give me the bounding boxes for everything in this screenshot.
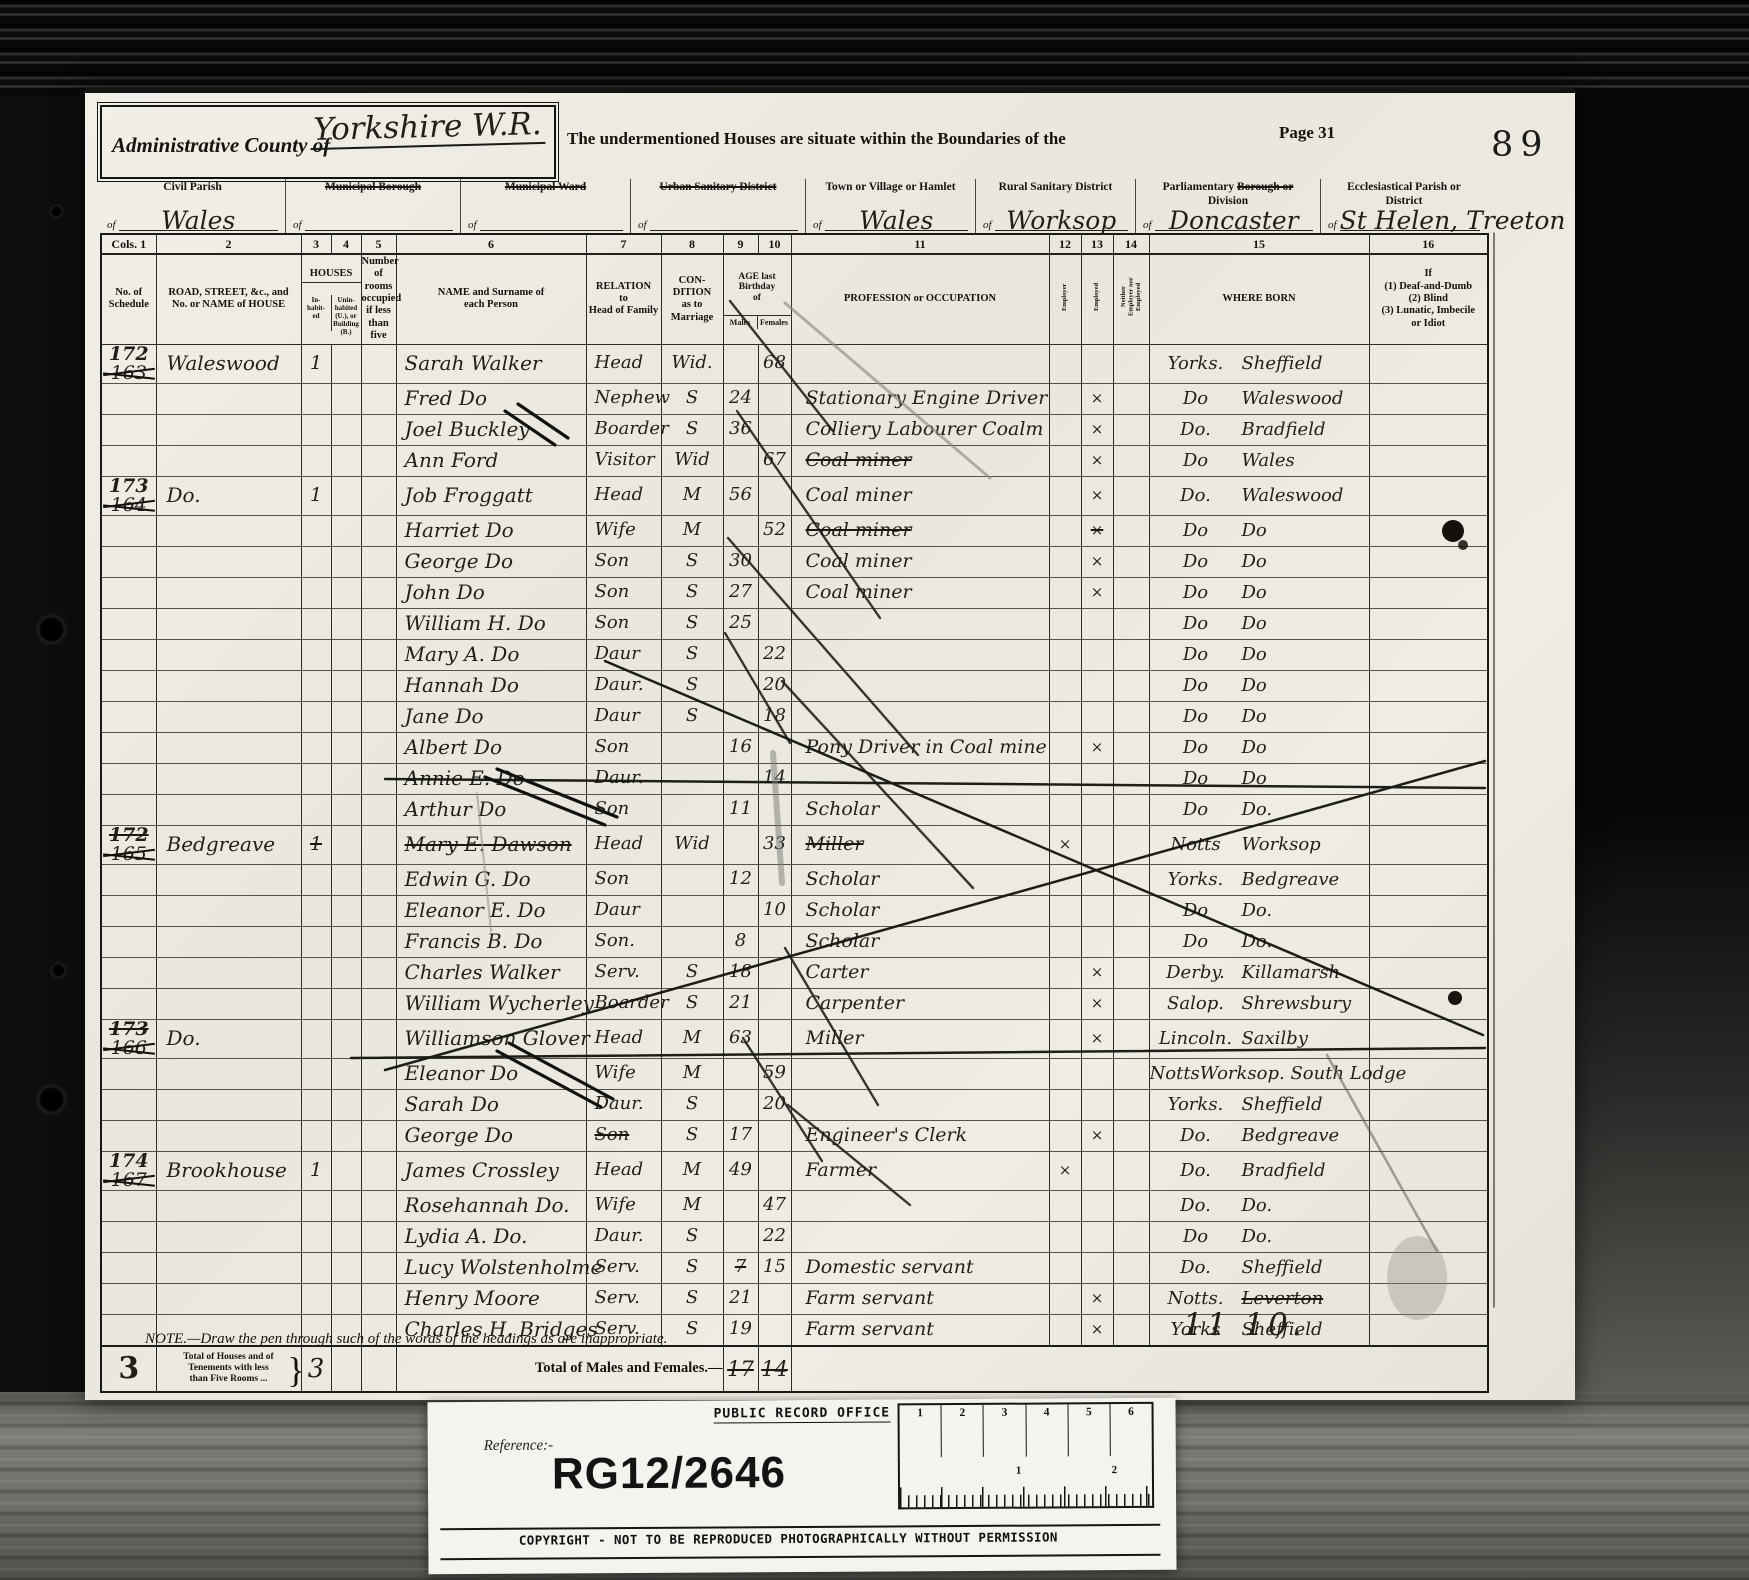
cell-condition: S bbox=[661, 1283, 723, 1314]
cell-employer-mark bbox=[1049, 577, 1081, 608]
cell-relation: Son bbox=[586, 546, 661, 577]
person-row: Annie E. Do Daur. 14 Do Do bbox=[101, 763, 1488, 794]
cell-where-born: Salop. Shrewsbury bbox=[1149, 988, 1369, 1019]
cell-employed-mark: × bbox=[1081, 383, 1113, 414]
cell-employer-mark bbox=[1049, 1190, 1081, 1221]
colnum: Cols. 1 bbox=[101, 234, 156, 254]
cell-age-female bbox=[758, 988, 791, 1019]
cell-where-born: Do Do bbox=[1149, 546, 1369, 577]
cell-relation: Son bbox=[586, 794, 661, 825]
person-row: Rosehannah Do. Wife M 47 Do. Do. bbox=[101, 1190, 1488, 1221]
column-labels-row: No. of Schedule ROAD, STREET, &c., and N… bbox=[101, 254, 1488, 344]
cell-uninhabited bbox=[331, 864, 361, 895]
cell-age-male bbox=[723, 1190, 758, 1221]
cell-occupation: Coal miner bbox=[791, 445, 1049, 476]
stamp-rule bbox=[440, 1554, 1160, 1560]
pro-reference-label: Reference:- bbox=[484, 1438, 553, 1455]
cell-occupation bbox=[791, 701, 1049, 732]
pro-office-title: PUBLIC RECORD OFFICE bbox=[714, 1405, 891, 1423]
cell-uninhabited bbox=[331, 701, 361, 732]
cell-name: Hannah Do bbox=[396, 670, 586, 701]
cell-relation: Son bbox=[586, 864, 661, 895]
cell-neither-mark bbox=[1113, 732, 1149, 763]
cell-relation: Daur bbox=[586, 701, 661, 732]
colnum: 4 bbox=[331, 234, 361, 254]
cell-age-male: 21 bbox=[723, 1283, 758, 1314]
cell-occupation: Carter bbox=[791, 957, 1049, 988]
cell-inhabited bbox=[301, 895, 331, 926]
cell-employer-mark bbox=[1049, 926, 1081, 957]
cell-name: Joel Buckley bbox=[396, 414, 586, 445]
cell-age-female bbox=[758, 926, 791, 957]
cell-inhabited: 1 bbox=[301, 476, 331, 515]
person-row: Hannah Do Daur. S 20 Do Do bbox=[101, 670, 1488, 701]
cell-uninhabited bbox=[331, 383, 361, 414]
cell-age-male bbox=[723, 895, 758, 926]
cell-inhabited bbox=[301, 1190, 331, 1221]
cell-road bbox=[156, 515, 301, 546]
cell-road bbox=[156, 895, 301, 926]
cell-age-female bbox=[758, 383, 791, 414]
cell-inhabited bbox=[301, 515, 331, 546]
cell-name: Harriet Do bbox=[396, 515, 586, 546]
cell-age-male bbox=[723, 701, 758, 732]
cell-name: George Do bbox=[396, 546, 586, 577]
footer-note: NOTE.—Draw the pen through such of the w… bbox=[145, 1331, 667, 1348]
cell-where-born: Do Do bbox=[1149, 608, 1369, 639]
cell-schedule bbox=[101, 577, 156, 608]
cell-condition: M bbox=[661, 476, 723, 515]
cell-occupation: Coal miner bbox=[791, 515, 1049, 546]
cell-infirmity bbox=[1369, 1019, 1488, 1058]
cell-where-born: Notts Worksop bbox=[1149, 825, 1369, 864]
cell-employed-mark bbox=[1081, 763, 1113, 794]
cell-employed-mark bbox=[1081, 1190, 1113, 1221]
cell-schedule bbox=[101, 639, 156, 670]
cell-road bbox=[156, 1190, 301, 1221]
cell-infirmity bbox=[1369, 1151, 1488, 1190]
ruler-number: 5 bbox=[1067, 1404, 1110, 1458]
cell-infirmity bbox=[1369, 515, 1488, 546]
cell-age-female: 67 bbox=[758, 445, 791, 476]
ruler-number: 3 bbox=[983, 1405, 1026, 1459]
cell-uninhabited bbox=[331, 608, 361, 639]
cell-age-male: 63 bbox=[723, 1019, 758, 1058]
cell-road bbox=[156, 794, 301, 825]
header-condition: CON- DITION as to Marriage bbox=[661, 254, 723, 344]
cell-uninhabited bbox=[331, 639, 361, 670]
header-inhabited: In- habit- ed bbox=[302, 295, 331, 331]
cell-employed-mark: × bbox=[1081, 1019, 1113, 1058]
cell-condition: S bbox=[661, 1252, 723, 1283]
cell-where-born: Do Do bbox=[1149, 515, 1369, 546]
person-row: Ann Ford Visitor Wid 67 Coal miner × Do … bbox=[101, 445, 1488, 476]
cell-inhabited bbox=[301, 763, 331, 794]
cell-road bbox=[156, 763, 301, 794]
cell-where-born: Do Waleswood bbox=[1149, 383, 1369, 414]
cell-age-female: 14 bbox=[758, 763, 791, 794]
colnum: 12 bbox=[1049, 234, 1081, 254]
cell-where-born: Do Do bbox=[1149, 639, 1369, 670]
cell-road bbox=[156, 701, 301, 732]
cell-employer-mark bbox=[1049, 1283, 1081, 1314]
cell-schedule bbox=[101, 414, 156, 445]
person-row: Francis B. Do Son. 8 Scholar Do Do. bbox=[101, 926, 1488, 957]
ruler-number: 1 bbox=[1016, 1465, 1022, 1477]
cell-relation: Daur bbox=[586, 639, 661, 670]
cell-neither-mark bbox=[1113, 864, 1149, 895]
cell-neither-mark bbox=[1113, 639, 1149, 670]
total-houses-value: 3 bbox=[301, 1346, 331, 1392]
cell-relation: Son bbox=[586, 608, 661, 639]
colnum: 15 bbox=[1149, 234, 1369, 254]
cell-employed-mark bbox=[1081, 1058, 1113, 1089]
cell-name: Arthur Do bbox=[396, 794, 586, 825]
cell-infirmity bbox=[1369, 445, 1488, 476]
admin-county-box: Administrative County of Yorkshire W.R. bbox=[100, 105, 556, 179]
cell-rooms bbox=[361, 670, 396, 701]
cell-name: Rosehannah Do. bbox=[396, 1190, 586, 1221]
cell-rooms bbox=[361, 957, 396, 988]
cell-inhabited bbox=[301, 546, 331, 577]
cell-age-male: 17 bbox=[723, 1120, 758, 1151]
cell-employed-mark bbox=[1081, 895, 1113, 926]
cell-name: James Crossley bbox=[396, 1151, 586, 1190]
cell-age-female bbox=[758, 957, 791, 988]
cell-where-born: Do Do bbox=[1149, 577, 1369, 608]
cell-schedule bbox=[101, 1252, 156, 1283]
cell-uninhabited bbox=[331, 957, 361, 988]
cell-age-female bbox=[758, 1019, 791, 1058]
cell-neither-mark bbox=[1113, 476, 1149, 515]
cell-employer-mark bbox=[1049, 1120, 1081, 1151]
cell-condition: S bbox=[661, 546, 723, 577]
cell-inhabited bbox=[301, 701, 331, 732]
cell-inhabited: 1 bbox=[301, 1151, 331, 1190]
cell-age-male: 49 bbox=[723, 1151, 758, 1190]
cell-age-male bbox=[723, 1089, 758, 1120]
cell-road bbox=[156, 1120, 301, 1151]
cell-age-male: 7 bbox=[723, 1252, 758, 1283]
cell-road bbox=[156, 670, 301, 701]
cell-rooms bbox=[361, 794, 396, 825]
cell-inhabited bbox=[301, 639, 331, 670]
cell-relation: Wife bbox=[586, 1190, 661, 1221]
cell-name: Charles Walker bbox=[396, 957, 586, 988]
hole-punch bbox=[38, 1086, 65, 1113]
cell-where-born: Lincoln. Saxilby bbox=[1149, 1019, 1369, 1058]
cell-inhabited bbox=[301, 608, 331, 639]
cell-uninhabited bbox=[331, 895, 361, 926]
cell-neither-mark bbox=[1113, 1283, 1149, 1314]
cell-schedule: 172 163 bbox=[101, 344, 156, 383]
cell-occupation: Coal miner bbox=[791, 476, 1049, 515]
cell-age-female: 68 bbox=[758, 344, 791, 383]
cell-occupation: Pony Driver in Coal mine bbox=[791, 732, 1049, 763]
person-row: Albert Do Son 16 Pony Driver in Coal min… bbox=[101, 732, 1488, 763]
cell-employer-mark bbox=[1049, 895, 1081, 926]
cell-condition: S bbox=[661, 701, 723, 732]
cell-neither-mark bbox=[1113, 1221, 1149, 1252]
cell-schedule bbox=[101, 515, 156, 546]
cell-rooms bbox=[361, 763, 396, 794]
cell-infirmity bbox=[1369, 988, 1488, 1019]
cell-neither-mark bbox=[1113, 1314, 1149, 1346]
cell-schedule bbox=[101, 1221, 156, 1252]
cell-inhabited bbox=[301, 794, 331, 825]
cell-occupation: Farm servant bbox=[791, 1283, 1049, 1314]
cell-relation: Son. bbox=[586, 926, 661, 957]
cell-inhabited bbox=[301, 732, 331, 763]
cell-neither-mark bbox=[1113, 1190, 1149, 1221]
census-table: Cols. 1 2 3 4 5 6 7 8 9 10 11 12 13 14 1… bbox=[100, 233, 1489, 1393]
cell-employer-mark bbox=[1049, 864, 1081, 895]
cell-name: Edwin G. Do bbox=[396, 864, 586, 895]
cell-relation: Son bbox=[586, 732, 661, 763]
cell-condition: Wid bbox=[661, 825, 723, 864]
cell-occupation: Scholar bbox=[791, 895, 1049, 926]
cell-infirmity bbox=[1369, 926, 1488, 957]
person-row: Edwin G. Do Son 12 Scholar Yorks. Bedgre… bbox=[101, 864, 1488, 895]
cell-employed-mark: × bbox=[1081, 414, 1113, 445]
cell-age-male bbox=[723, 1058, 758, 1089]
cell-employed-mark: × bbox=[1081, 988, 1113, 1019]
cell-age-female bbox=[758, 1283, 791, 1314]
cell-inhabited bbox=[301, 1283, 331, 1314]
header-houses-label: HOUSES bbox=[302, 267, 361, 282]
hole-punch bbox=[52, 964, 65, 977]
cell-rooms bbox=[361, 1058, 396, 1089]
ruler-number: 6 bbox=[1109, 1404, 1152, 1458]
cell-age-male: 25 bbox=[723, 608, 758, 639]
cell-age-female: 47 bbox=[758, 1190, 791, 1221]
cell-employed-mark bbox=[1081, 344, 1113, 383]
cell-where-born: Yorks. Sheffield bbox=[1149, 344, 1369, 383]
cell-schedule bbox=[101, 445, 156, 476]
cell-name: Ann Ford bbox=[396, 445, 586, 476]
total-schedules: 3 bbox=[101, 1346, 156, 1392]
cell-where-born: Do. Sheffield bbox=[1149, 1252, 1369, 1283]
cell-neither-mark bbox=[1113, 988, 1149, 1019]
cell-rooms bbox=[361, 988, 396, 1019]
cell-relation: Head bbox=[586, 825, 661, 864]
cell-relation: Serv. bbox=[586, 957, 661, 988]
header-relation: RELATION to Head of Family bbox=[586, 254, 661, 344]
cell-rooms bbox=[361, 344, 396, 383]
cell-age-female bbox=[758, 864, 791, 895]
cell-condition bbox=[661, 763, 723, 794]
cell-schedule bbox=[101, 546, 156, 577]
cell-schedule bbox=[101, 864, 156, 895]
cell-rooms bbox=[361, 577, 396, 608]
cell-uninhabited bbox=[331, 476, 361, 515]
cell-age-male: 19 bbox=[723, 1314, 758, 1346]
cell-road bbox=[156, 608, 301, 639]
cell-relation: Daur. bbox=[586, 670, 661, 701]
cell-age-male: 11 bbox=[723, 794, 758, 825]
district-fields: Civil ParishofWalesMunicipal BoroughofMu… bbox=[100, 179, 1487, 233]
cell-employed-mark bbox=[1081, 639, 1113, 670]
cell-uninhabited bbox=[331, 1283, 361, 1314]
cell-rooms bbox=[361, 895, 396, 926]
cell-where-born: Do Do. bbox=[1149, 926, 1369, 957]
cell-neither-mark bbox=[1113, 926, 1149, 957]
cell-age-male bbox=[723, 515, 758, 546]
person-row: Lydia A. Do. Daur. S 22 Do Do. bbox=[101, 1221, 1488, 1252]
cell-age-female: 20 bbox=[758, 1089, 791, 1120]
cell-uninhabited bbox=[331, 1058, 361, 1089]
scan-right-edge bbox=[1575, 90, 1749, 1392]
person-row: Lucy Wolstenholme Serv. S 7 15 Domestic … bbox=[101, 1252, 1488, 1283]
ruler-number: 2 bbox=[941, 1405, 984, 1459]
colnum: 3 bbox=[301, 234, 331, 254]
cell-inhabited bbox=[301, 577, 331, 608]
cell-occupation: Miller bbox=[791, 1019, 1049, 1058]
cell-infirmity bbox=[1369, 1221, 1488, 1252]
cell-relation: Boarder bbox=[586, 414, 661, 445]
cell-occupation: Coal miner bbox=[791, 577, 1049, 608]
page-number: Page 31 bbox=[1279, 123, 1335, 143]
cell-relation: Nephew bbox=[586, 383, 661, 414]
cell-condition: M bbox=[661, 1151, 723, 1190]
hole-punch bbox=[51, 206, 62, 217]
cell-employer-mark bbox=[1049, 1252, 1081, 1283]
cell-occupation bbox=[791, 1190, 1049, 1221]
cell-uninhabited bbox=[331, 988, 361, 1019]
cell-occupation: Farm servant bbox=[791, 1314, 1049, 1346]
cell-uninhabited bbox=[331, 732, 361, 763]
cell-where-born: Do. Do. bbox=[1149, 1190, 1369, 1221]
cell-where-born: Do. Waleswood bbox=[1149, 476, 1369, 515]
cell-age-female: 15 bbox=[758, 1252, 791, 1283]
header-age-label: AGE last Birthday of bbox=[724, 270, 791, 303]
cell-schedule bbox=[101, 763, 156, 794]
cell-schedule: 172 165 bbox=[101, 825, 156, 864]
person-row: William H. Do Son S 25 Do Do bbox=[101, 608, 1488, 639]
cell-occupation bbox=[791, 1221, 1049, 1252]
cell-employed-mark: × bbox=[1081, 546, 1113, 577]
total-males: 17 bbox=[723, 1346, 758, 1392]
cell-name: Mary A. Do bbox=[396, 639, 586, 670]
cell-age-male: 21 bbox=[723, 988, 758, 1019]
person-row: Harriet Do Wife M 52 Coal miner × Do Do bbox=[101, 515, 1488, 546]
cell-age-male: 24 bbox=[723, 383, 758, 414]
cell-condition: M bbox=[661, 515, 723, 546]
cell-age-male: 30 bbox=[723, 546, 758, 577]
cell-name: Sarah Do bbox=[396, 1089, 586, 1120]
cell-neither-mark bbox=[1113, 577, 1149, 608]
cell-age-male bbox=[723, 1221, 758, 1252]
cell-road bbox=[156, 445, 301, 476]
cell-name: William Wycherley bbox=[396, 988, 586, 1019]
cell-road bbox=[156, 414, 301, 445]
cell-employed-mark: × bbox=[1081, 1120, 1113, 1151]
header-profession: PROFESSION or OCCUPATION bbox=[791, 254, 1049, 344]
cell-employer-mark bbox=[1049, 1221, 1081, 1252]
totals-row: 3 Total of Houses and of Tenements with … bbox=[101, 1346, 1488, 1392]
cell-infirmity bbox=[1369, 414, 1488, 445]
cell-rooms bbox=[361, 701, 396, 732]
cell-where-born: Do. Bradfield bbox=[1149, 1151, 1369, 1190]
cell-neither-mark bbox=[1113, 344, 1149, 383]
cell-infirmity bbox=[1369, 1120, 1488, 1151]
census-page: Administrative County of Yorkshire W.R. … bbox=[85, 88, 1575, 1400]
cell-age-female bbox=[758, 414, 791, 445]
cell-name: Eleanor Do bbox=[396, 1058, 586, 1089]
district-field: Urban Sanitary Districtof bbox=[630, 179, 805, 233]
cell-inhabited bbox=[301, 1089, 331, 1120]
cell-infirmity bbox=[1369, 1314, 1488, 1346]
cell-employer-mark bbox=[1049, 732, 1081, 763]
cell-where-born: Derby. Killamarsh bbox=[1149, 957, 1369, 988]
person-row: Fred Do Nephew S 24 Stationary Engine Dr… bbox=[101, 383, 1488, 414]
scan-background: Administrative County of Yorkshire W.R. … bbox=[0, 0, 1749, 1580]
total-houses-label: Total of Houses and of Tenements with le… bbox=[156, 1346, 301, 1392]
cell-relation: Serv. bbox=[586, 1283, 661, 1314]
cell-neither-mark bbox=[1113, 1120, 1149, 1151]
cell-employed-mark bbox=[1081, 670, 1113, 701]
cell-employed-mark bbox=[1081, 1151, 1113, 1190]
cell-age-female bbox=[758, 476, 791, 515]
cell-rooms bbox=[361, 445, 396, 476]
cell-occupation: Miller bbox=[791, 825, 1049, 864]
person-row: Mary A. Do Daur S 22 Do Do bbox=[101, 639, 1488, 670]
cell-occupation bbox=[791, 763, 1049, 794]
colnum: 13 bbox=[1081, 234, 1113, 254]
cell-employed-mark bbox=[1081, 1252, 1113, 1283]
cell-where-born: Do Do. bbox=[1149, 1221, 1369, 1252]
cell-age-female: 33 bbox=[758, 825, 791, 864]
header-employer: Employer bbox=[1049, 254, 1081, 344]
cell-condition bbox=[661, 926, 723, 957]
cell-employer-mark bbox=[1049, 344, 1081, 383]
cell-uninhabited bbox=[331, 546, 361, 577]
cell-occupation bbox=[791, 1058, 1049, 1089]
cell-age-female bbox=[758, 1314, 791, 1346]
cell-age-male bbox=[723, 639, 758, 670]
cell-condition: Wid bbox=[661, 445, 723, 476]
cell-age-female bbox=[758, 1120, 791, 1151]
cell-employer-mark bbox=[1049, 670, 1081, 701]
cell-age-male: 8 bbox=[723, 926, 758, 957]
cell-neither-mark bbox=[1113, 670, 1149, 701]
cell-employed-mark bbox=[1081, 794, 1113, 825]
total-females: 14 bbox=[758, 1346, 791, 1392]
cell-occupation: Domestic servant bbox=[791, 1252, 1049, 1283]
ruler-number: 4 bbox=[1025, 1404, 1068, 1458]
cell-name: John Do bbox=[396, 577, 586, 608]
cell-condition bbox=[661, 864, 723, 895]
cell-where-born: Do Do bbox=[1149, 732, 1369, 763]
cell-employed-mark: × bbox=[1081, 732, 1113, 763]
cell-inhabited bbox=[301, 383, 331, 414]
cell-infirmity bbox=[1369, 1190, 1488, 1221]
cell-schedule bbox=[101, 1190, 156, 1221]
cell-age-male bbox=[723, 825, 758, 864]
cell-condition: S bbox=[661, 988, 723, 1019]
cell-employed-mark: × bbox=[1081, 1314, 1113, 1346]
cell-relation: Son bbox=[586, 577, 661, 608]
cell-inhabited bbox=[301, 988, 331, 1019]
cell-rooms bbox=[361, 414, 396, 445]
cell-relation: Son bbox=[586, 1120, 661, 1151]
pro-reference-number: RG12/2646 bbox=[552, 1448, 786, 1499]
tally-annotation: 11 10. bbox=[1183, 1307, 1306, 1343]
cell-schedule bbox=[101, 670, 156, 701]
district-field: Parliamentary Borough orDivisionofDoncas… bbox=[1135, 179, 1320, 233]
district-field: Municipal Boroughof bbox=[285, 179, 460, 233]
cell-employed-mark: × bbox=[1081, 1283, 1113, 1314]
